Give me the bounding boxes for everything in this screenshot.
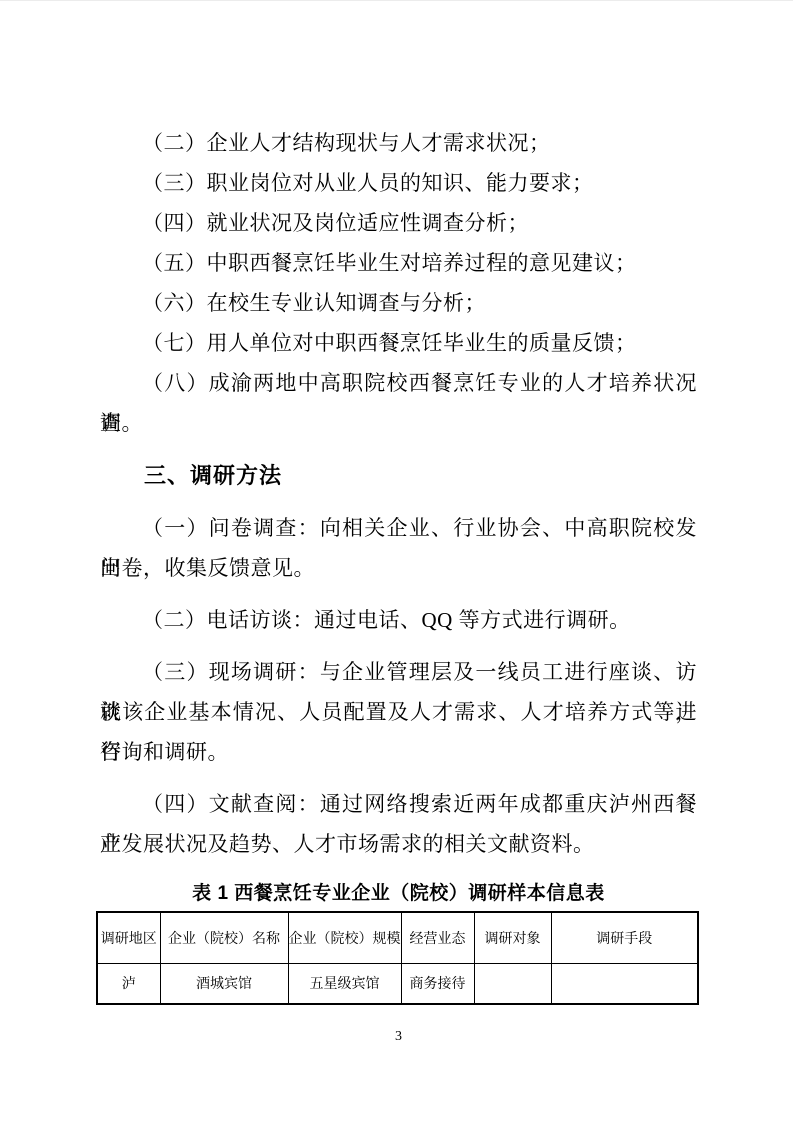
scope-list: （二）企业人才结构现状与人才需求状况； （三）职业岗位对从业人员的知识、能力要求… — [100, 123, 697, 443]
method-paragraph: （三）现场调研：与企业管理层及一线员工进行座谈、访谈， 就该企业基本情况、人员配… — [100, 652, 697, 772]
sample-info-table: 调研地区 企业（院校）名称 企业（院校）规模 经营业态 调研对象 调研手段 泸 … — [96, 911, 699, 1005]
paragraph-line: 就该企业基本情况、人员配置及人才需求、人才培养方式等进行 — [100, 692, 697, 732]
table-header-row: 调研地区 企业（院校）名称 企业（院校）规模 经营业态 调研对象 调研手段 — [97, 912, 698, 963]
paragraph-line: （四）文献查阅：通过网络搜索近两年成都重庆泸州西餐产 — [100, 784, 697, 824]
scope-item-line: （七）用人单位对中职西餐烹饪毕业生的质量反馈； — [100, 323, 697, 363]
scope-item-line: （三）职业岗位对从业人员的知识、能力要求； — [100, 163, 697, 203]
table-header-cell: 调研地区 — [97, 912, 160, 963]
table-cell-enterprise-name: 酒城宾馆 — [160, 963, 288, 1004]
table-cell-survey-target — [474, 963, 551, 1004]
paragraph-line: 问卷，收集反馈意见。 — [100, 548, 697, 588]
table-header-cell: 调研手段 — [551, 912, 698, 963]
scope-item-line: （六）在校生专业认知调查与分析； — [100, 283, 697, 323]
table-cell-enterprise-scale: 五星级宾馆 — [288, 963, 401, 1004]
section-heading: 三、调研方法 — [100, 456, 697, 496]
method-paragraph: （二）电话访谈：通过电话、QQ 等方式进行调研。 — [100, 600, 697, 640]
table-header-cell: 企业（院校）规模 — [288, 912, 401, 963]
table-cell-region: 泸 — [97, 963, 160, 1004]
paragraph-line: （一）问卷调查：向相关企业、行业协会、中高职院校发出 — [100, 508, 697, 548]
scope-item-continuation-line: 查。 — [100, 403, 697, 443]
table-row: 泸 酒城宾馆 五星级宾馆 商务接待 — [97, 963, 698, 1004]
paragraph-line: （二）电话访谈：通过电话、QQ 等方式进行调研。 — [100, 600, 697, 640]
scope-item-line: （五）中职西餐烹饪毕业生对培养过程的意见建议； — [100, 243, 697, 283]
table-header-cell: 经营业态 — [401, 912, 474, 963]
scope-item-line: （八）成渝两地中高职院校西餐烹饪专业的人才培养状况调 — [100, 363, 697, 403]
page-number: 3 — [100, 1029, 697, 1045]
table-header-cell: 企业（院校）名称 — [160, 912, 288, 963]
document-page: （二）企业人才结构现状与人才需求状况； （三）职业岗位对从业人员的知识、能力要求… — [0, 0, 793, 1122]
table-title: 表 1 西餐烹饪专业企业（院校）调研样本信息表 — [100, 879, 697, 909]
table-cell-business-type: 商务接待 — [401, 963, 474, 1004]
method-paragraph: （四）文献查阅：通过网络搜索近两年成都重庆泸州西餐产 业发展状况及趋势、人才市场… — [100, 784, 697, 864]
table-header-cell: 调研对象 — [474, 912, 551, 963]
paragraph-line: 咨询和调研。 — [100, 732, 697, 772]
table-cell-survey-method — [551, 963, 698, 1004]
method-paragraph: （一）问卷调查：向相关企业、行业协会、中高职院校发出 问卷，收集反馈意见。 — [100, 508, 697, 588]
scope-item-line: （二）企业人才结构现状与人才需求状况； — [100, 123, 697, 163]
paragraph-line: （三）现场调研：与企业管理层及一线员工进行座谈、访谈， — [100, 652, 697, 692]
paragraph-line: 业发展状况及趋势、人才市场需求的相关文献资料。 — [100, 824, 697, 864]
scope-item-line: （四）就业状况及岗位适应性调查分析； — [100, 203, 697, 243]
